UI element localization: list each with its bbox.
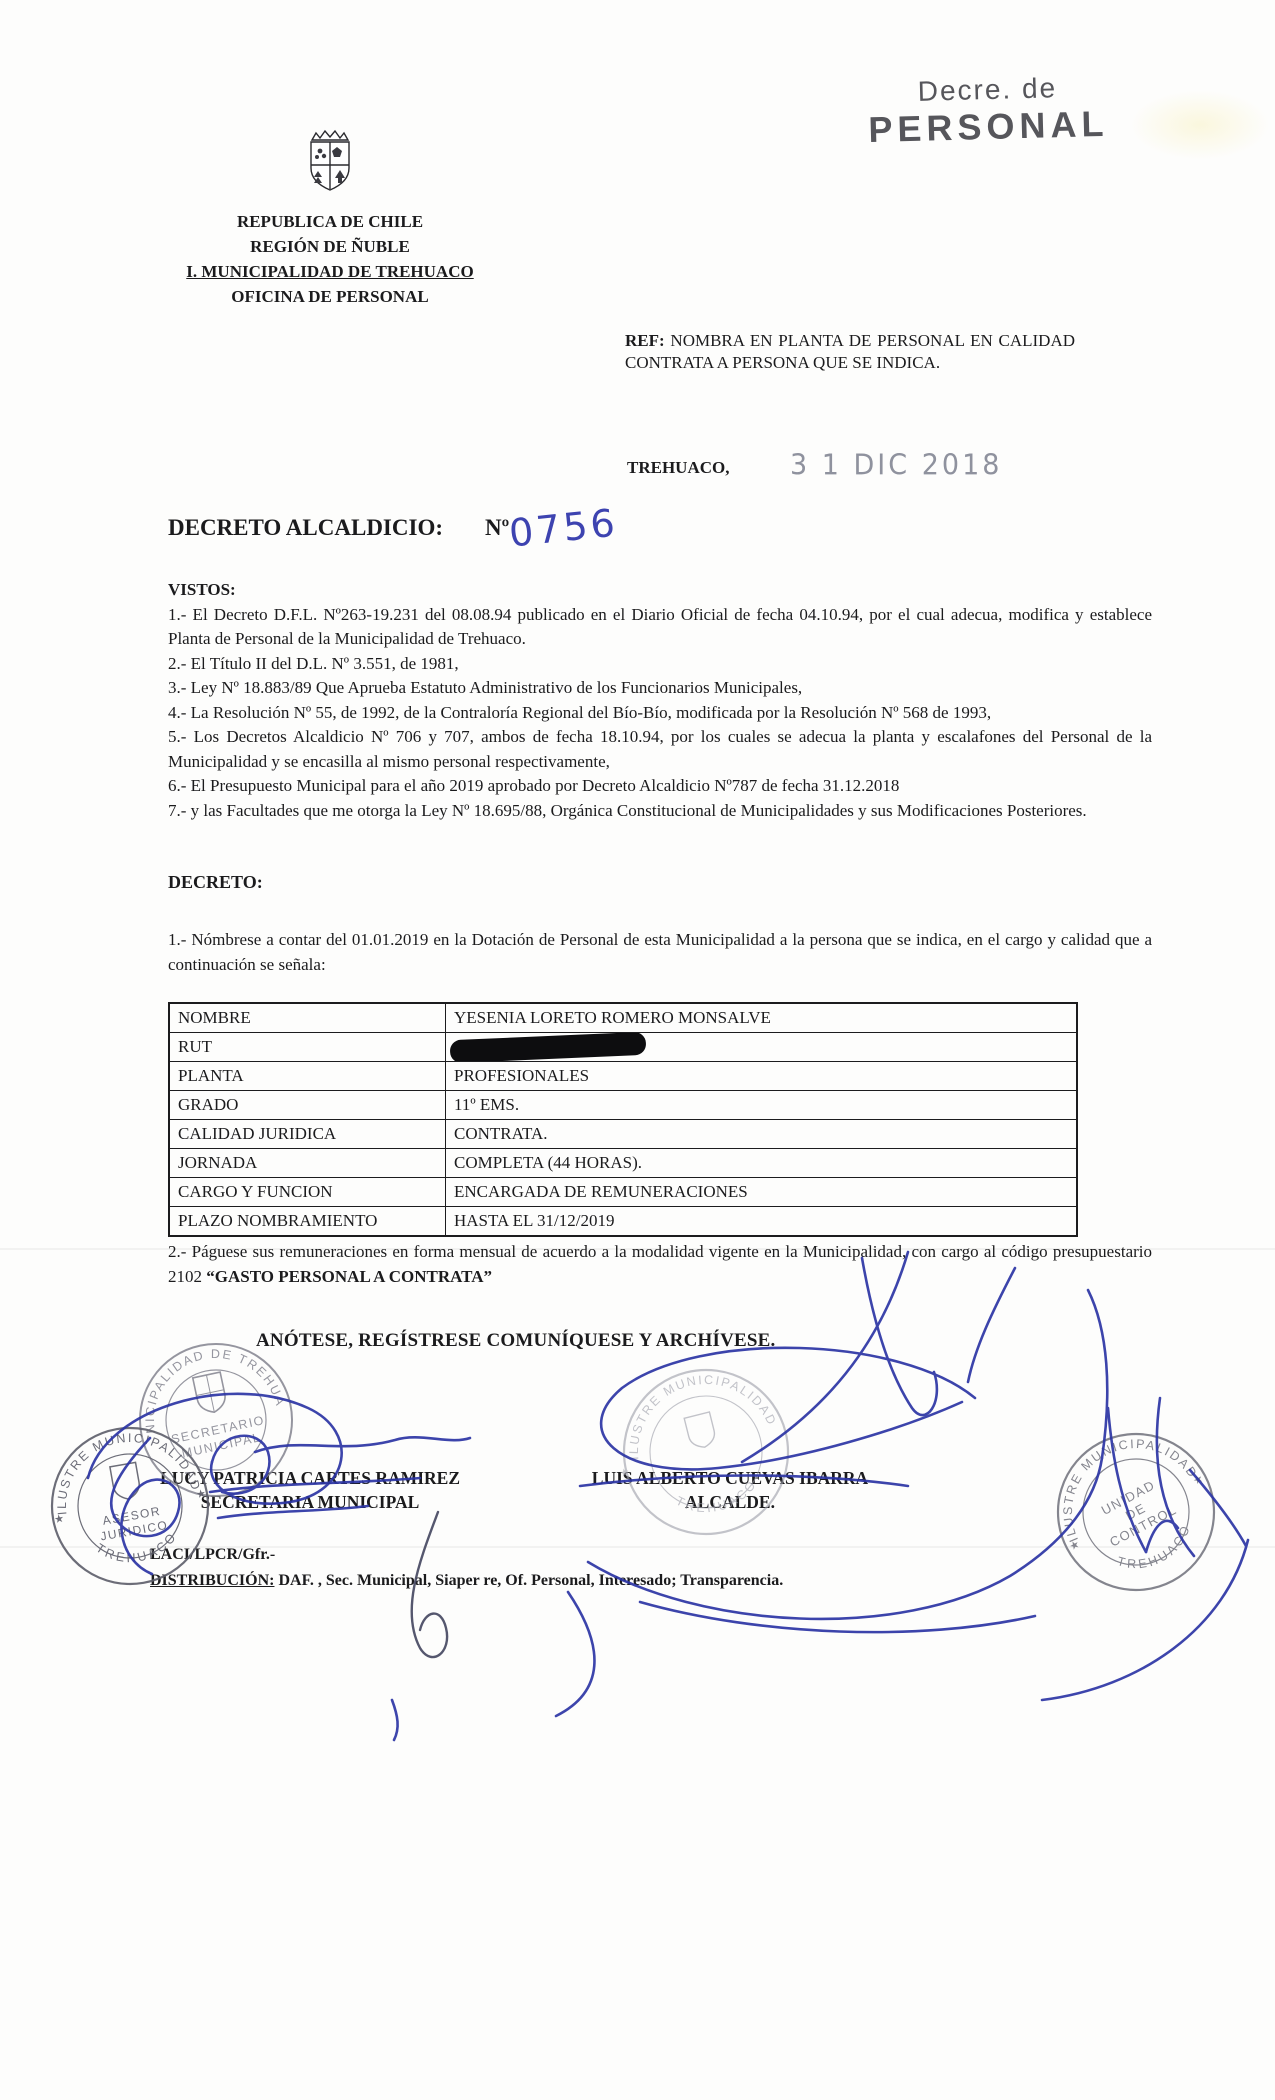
row-value: CONTRATA. xyxy=(446,1120,1076,1148)
coat-of-arms-icon xyxy=(304,126,356,198)
stamp-line-2: PERSONAL xyxy=(828,102,1149,152)
row-label: RUT xyxy=(170,1033,446,1061)
date-stamp: 3 1 DIC 2018 xyxy=(790,449,1002,482)
svg-text:DE: DE xyxy=(1123,1500,1149,1523)
row-value: 13106160-9 xyxy=(446,1033,1076,1061)
row-value: YESENIA LORETO ROMERO MONSALVE xyxy=(446,1004,1076,1032)
vistos-item: 7.- y las Facultades que me otorga la Le… xyxy=(168,799,1152,824)
header-line-region: REGIÓN DE ÑUBLE xyxy=(150,234,510,259)
vistos-item: 6.- El Presupuesto Municipal para el año… xyxy=(168,774,1152,799)
signature-left-name: LUCY PATRICIA CARTES RAMIREZ xyxy=(120,1468,500,1489)
signature-left-title: SECRETARIA MUNICIPAL xyxy=(120,1492,500,1513)
table-row: PLANTA PROFESIONALES xyxy=(170,1062,1076,1091)
row-label: JORNADA xyxy=(170,1149,446,1177)
highlighter-smudge xyxy=(1130,90,1270,160)
vistos-item: 4.- La Resolución Nº 55, de 1992, de la … xyxy=(168,701,1152,726)
paragraph-2: 2.- Páguese sus remuneraciones en forma … xyxy=(168,1240,1152,1289)
alcalde-stamp: ILUSTRE MUNICIPALIDAD TREHUACO ★ xyxy=(600,1353,806,1553)
distribution-text: DAF. , Sec. Municipal, Siaper re, Of. Pe… xyxy=(274,1572,783,1589)
row-value: PROFESIONALES xyxy=(446,1062,1076,1090)
ref-label: REF: xyxy=(625,331,665,350)
row-label: GRADO xyxy=(170,1091,446,1119)
table-row: JORNADA COMPLETA (44 HORAS). xyxy=(170,1149,1076,1178)
table-row: CARGO Y FUNCION ENCARGADA DE REMUNERACIO… xyxy=(170,1178,1076,1207)
decree-number-prefix: Nº xyxy=(485,515,509,540)
closing-line: ANÓTESE, REGÍSTRESE COMUNÍQUESE Y ARCHÍV… xyxy=(256,1330,775,1352)
vistos-heading: VISTOS: xyxy=(168,578,1152,603)
vistos-item: 3.- Ley Nº 18.883/89 Que Aprueba Estatut… xyxy=(168,676,1152,701)
letterhead: REPUBLICA DE CHILE REGIÓN DE ÑUBLE I. MU… xyxy=(150,126,510,309)
star-icon: ★ xyxy=(1191,1472,1205,1487)
row-label: CARGO Y FUNCION xyxy=(170,1178,446,1206)
row-label: CALIDAD JURIDICA xyxy=(170,1120,446,1148)
row-value: 11º EMS. xyxy=(446,1091,1076,1119)
svg-text:MUNICIPAL: MUNICIPAL xyxy=(181,1430,263,1460)
signature-block-alcalde: LUIS ALBERTO CUEVAS IBARRA ALCALDE. xyxy=(540,1468,920,1513)
paragraph-2-bold: “GASTO PERSONAL A CONTRATA” xyxy=(206,1267,492,1286)
svg-text:ILUSTRE MUNICIPALIDAD: ILUSTRE MUNICIPALIDAD xyxy=(1035,1410,1202,1545)
row-label: PLANTA xyxy=(170,1062,446,1090)
footer-initials: LACI/LPCR/Gfr.- xyxy=(150,1546,275,1564)
star-icon: ★ xyxy=(53,1513,65,1527)
signature-right-name: LUIS ALBERTO CUEVAS IBARRA xyxy=(540,1468,920,1489)
header-line-country: REPUBLICA DE CHILE xyxy=(150,209,510,234)
row-value: ENCARGADA DE REMUNERACIONES xyxy=(446,1178,1076,1206)
row-value: COMPLETA (44 HORAS). xyxy=(446,1149,1076,1177)
decreto-heading: DECRETO: xyxy=(168,872,263,893)
svg-text:UNIDAD: UNIDAD xyxy=(1099,1477,1158,1518)
svg-text:CONTROL: CONTROL xyxy=(1107,1502,1179,1550)
svg-text:TREHUACO: TREHUACO xyxy=(1111,1517,1203,1585)
signature-right-title: ALCALDE. xyxy=(540,1492,920,1513)
row-label: PLAZO NOMBRAMIENTO xyxy=(170,1207,446,1235)
table-row: RUT 13106160-9 xyxy=(170,1033,1076,1062)
distribution-line: DISTRIBUCIÓN: DAF. , Sec. Municipal, Sia… xyxy=(150,1572,1110,1590)
svg-text:SECRETARIO: SECRETARIO xyxy=(170,1413,266,1447)
header-line-municipality: I. MUNICIPALIDAD DE TREHUACO xyxy=(150,259,510,284)
city-label: TREHUACO, xyxy=(627,458,729,478)
decree-title-label: DECRETO ALCALDICIO: xyxy=(168,515,443,540)
paragraph-1: 1.- Nómbrese a contar del 01.01.2019 en … xyxy=(168,928,1152,977)
distribution-label: DISTRIBUCIÓN: xyxy=(150,1572,274,1589)
vistos-item: 2.- El Título II del D.L. Nº 3.551, de 1… xyxy=(168,652,1152,677)
row-label: NOMBRE xyxy=(170,1004,446,1032)
scanned-decree-page: REPUBLICA DE CHILE REGIÓN DE ÑUBLE I. MU… xyxy=(0,0,1275,2100)
table-row: CALIDAD JURIDICA CONTRATA. xyxy=(170,1120,1076,1149)
row-value: HASTA EL 31/12/2019 xyxy=(446,1207,1076,1235)
svg-text:JURIDICO: JURIDICO xyxy=(99,1518,169,1544)
signature-block-secretaria: LUCY PATRICIA CARTES RAMIREZ SECRETARIA … xyxy=(120,1468,500,1513)
ref-text: NOMBRA EN PLANTA DE PERSONAL EN CALIDAD … xyxy=(625,331,1075,372)
appointment-table: NOMBRE YESENIA LORETO ROMERO MONSALVE RU… xyxy=(168,1002,1078,1237)
table-row: NOMBRE YESENIA LORETO ROMERO MONSALVE xyxy=(170,1004,1076,1033)
svg-text:ILUSTRE MUNICIPALIDAD: ILUSTRE MUNICIPALIDAD xyxy=(611,1356,780,1463)
vistos-section: VISTOS: 1.- El Decreto D.F.L. Nº263-19.2… xyxy=(168,578,1152,823)
vistos-item: 1.- El Decreto D.F.L. Nº263-19.231 del 0… xyxy=(168,603,1152,652)
personnel-decree-stamp: Decre. de PERSONAL xyxy=(827,70,1149,152)
decree-title: DECRETO ALCALDICIO:Nº0756 xyxy=(168,513,618,543)
vistos-item: 5.- Los Decretos Alcaldicio Nº 706 y 707… xyxy=(168,725,1152,774)
header-line-office: OFICINA DE PERSONAL xyxy=(150,284,510,309)
decree-number-handwritten: 0756 xyxy=(508,507,619,548)
table-row: PLAZO NOMBRAMIENTO HASTA EL 31/12/2019 xyxy=(170,1207,1076,1235)
table-row: GRADO 11º EMS. xyxy=(170,1091,1076,1120)
reference-block: REF: NOMBRA EN PLANTA DE PERSONAL EN CAL… xyxy=(625,330,1075,374)
